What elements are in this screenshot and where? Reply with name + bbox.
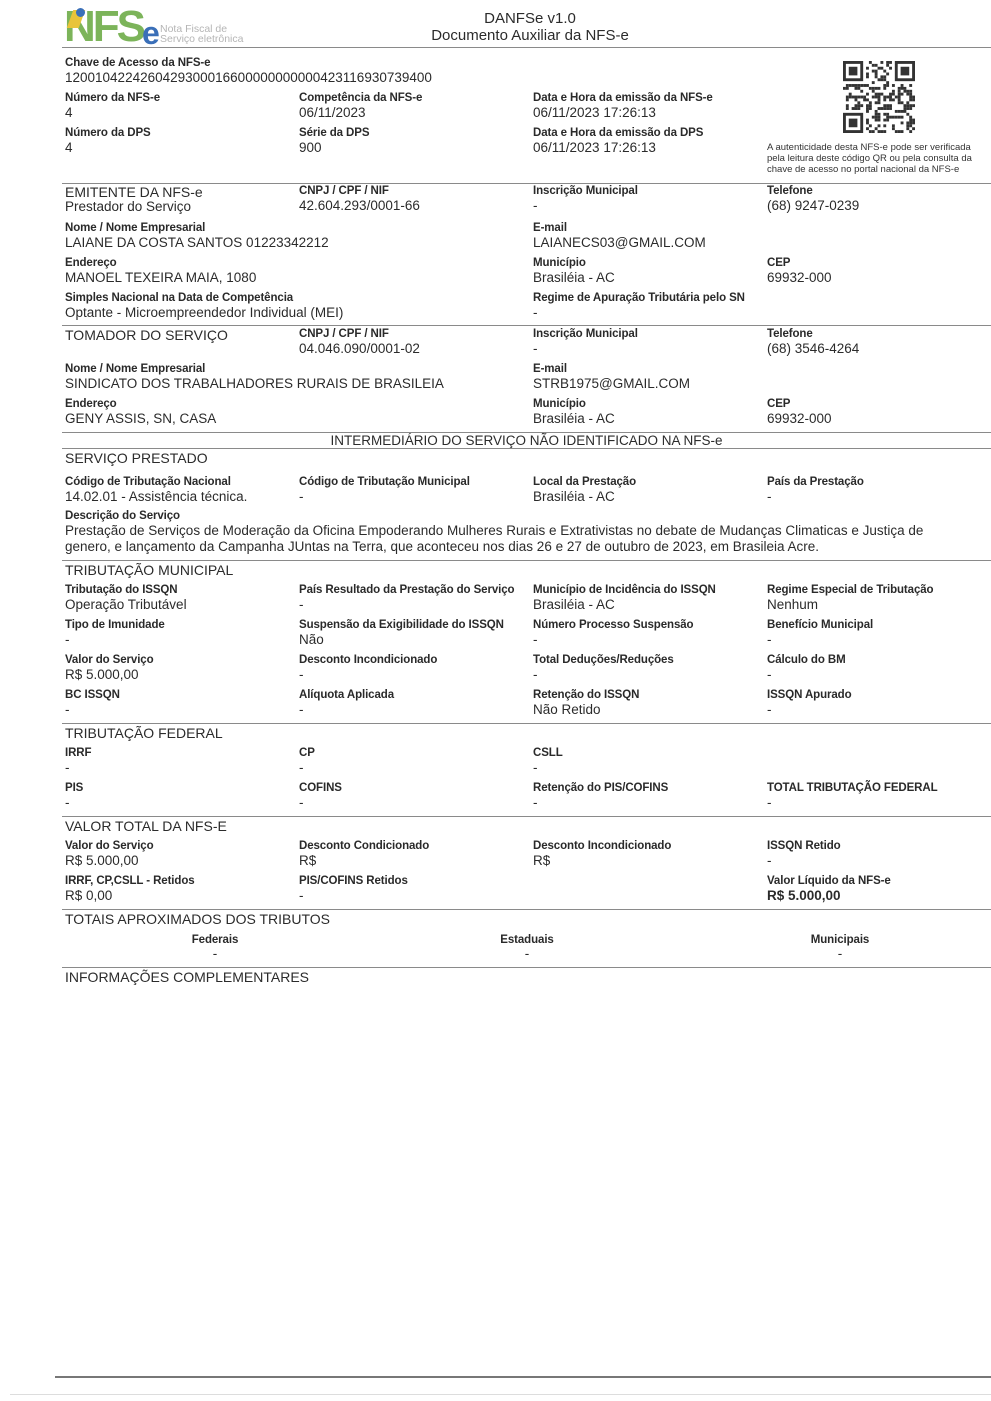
trib-federal-value: - bbox=[299, 761, 315, 775]
trib-municipal-label: Tipo de Imunidade bbox=[65, 618, 165, 632]
trib-municipal-field: Município de Incidência do ISSQNBrasiléi… bbox=[533, 583, 716, 612]
federais-value: - bbox=[213, 946, 218, 961]
trib-municipal-value: R$ 5.000,00 bbox=[65, 668, 154, 682]
tomador-endereco-label: Endereço bbox=[65, 397, 216, 411]
tomador-inscricao-value: - bbox=[533, 342, 638, 356]
emitente-municipio-label: Município bbox=[533, 256, 615, 270]
federais-label: Federais bbox=[140, 933, 290, 947]
trib-municipal-value: - bbox=[767, 668, 846, 682]
emitente-cnpj-value: 42.604.293/0001-66 bbox=[299, 199, 420, 213]
tomador-cnpj: CNPJ / CPF / NIF 04.046.090/0001-02 bbox=[299, 327, 420, 356]
valor-total-field: PIS/COFINS Retidos- bbox=[299, 874, 408, 903]
numero-dps: Número da DPS 4 bbox=[65, 126, 151, 155]
trib-municipal-label: ISSQN Apurado bbox=[767, 688, 852, 702]
servico-title: SERVIÇO PRESTADO bbox=[65, 450, 208, 466]
emitente-subtitle: Prestador do Serviço bbox=[65, 200, 203, 214]
valor-total-field: ISSQN Retido- bbox=[767, 839, 841, 868]
trib-municipal-label: País Resultado da Prestação do Serviço bbox=[299, 583, 514, 597]
trib-federal-value: - bbox=[299, 796, 342, 810]
tomador-cnpj-value: 04.046.090/0001-02 bbox=[299, 342, 420, 356]
trib-municipal-field: Alíquota Aplicada- bbox=[299, 688, 394, 717]
pais-prestacao-label: País da Prestação bbox=[767, 475, 864, 489]
totais-title: TOTAIS APROXIMADOS DOS TRIBUTOS bbox=[65, 911, 330, 927]
valor-total-value: R$ bbox=[299, 854, 429, 868]
tomador-telefone-label: Telefone bbox=[767, 327, 859, 341]
trib-municipal-label: Desconto Incondicionado bbox=[299, 653, 437, 667]
trib-federal-field: Retenção do PIS/COFINS- bbox=[533, 781, 668, 810]
document-version: DANFSe v1.0 bbox=[400, 10, 660, 27]
trib-municipal-label: Valor do Serviço bbox=[65, 653, 154, 667]
trib-federal-field: COFINS- bbox=[299, 781, 342, 810]
valor-total-label: Desconto Condicionado bbox=[299, 839, 429, 853]
serie-dps-label: Série da DPS bbox=[299, 126, 369, 140]
tomador-title: TOMADOR DO SERVIÇO bbox=[65, 327, 228, 343]
trib-municipal-label: Município de Incidência do ISSQN bbox=[533, 583, 716, 597]
emitente-email-value[interactable]: LAIANECS03@GMAIL.COM bbox=[533, 236, 706, 250]
cod-municipal-label: Código de Tributação Municipal bbox=[299, 475, 470, 489]
emitente-regime-label: Regime de Apuração Tributária pelo SN bbox=[533, 291, 745, 305]
estaduais-value: - bbox=[525, 946, 530, 961]
trib-municipal-field: Total Deduções/Reduções- bbox=[533, 653, 674, 682]
municipais-value: - bbox=[838, 946, 843, 961]
emissao-nfse-value: 06/11/2023 17:26:13 bbox=[533, 106, 713, 120]
emitente-cnpj: CNPJ / CPF / NIF 42.604.293/0001-66 bbox=[299, 184, 420, 213]
valor-total-value: R$ 5.000,00 bbox=[65, 854, 154, 868]
info-complementares-title: INFORMAÇÕES COMPLEMENTARES bbox=[65, 969, 309, 985]
trib-municipal-value: - bbox=[767, 703, 852, 717]
trib-federal-label: PIS bbox=[65, 781, 83, 795]
trib-municipal-label: Regime Especial de Tributação bbox=[767, 583, 933, 597]
trib-federal-value: - bbox=[65, 761, 91, 775]
trib-municipal-value: - bbox=[299, 703, 394, 717]
trib-municipal-value: Operação Tributável bbox=[65, 598, 187, 612]
trib-municipal-label: Retenção do ISSQN bbox=[533, 688, 639, 702]
trib-federal-label: CSLL bbox=[533, 746, 563, 760]
emitente-title: EMITENTE DA NFS-e bbox=[65, 185, 203, 199]
numero-nfse-label: Número da NFS-e bbox=[65, 91, 160, 105]
local-prestacao-value: Brasiléia - AC bbox=[533, 490, 636, 504]
trib-municipal-value: - bbox=[65, 703, 120, 717]
tomador-section: TOMADOR DO SERVIÇO bbox=[65, 328, 228, 343]
emissao-dps: Data e Hora da emissão da DPS 06/11/2023… bbox=[533, 126, 703, 155]
totais-municipais: Municipais - bbox=[765, 933, 915, 961]
trib-federal-label: COFINS bbox=[299, 781, 342, 795]
emitente-regime: Regime de Apuração Tributária pelo SN - bbox=[533, 291, 745, 320]
valor-total-field: Desconto IncondicionadoR$ bbox=[533, 839, 671, 868]
trib-federal-field: CSLL- bbox=[533, 746, 563, 775]
emitente-section: EMITENTE DA NFS-e Prestador do Serviço bbox=[65, 185, 203, 214]
trib-municipal-field: Tributação do ISSQNOperação Tributável bbox=[65, 583, 187, 612]
local-prestacao-label: Local da Prestação bbox=[533, 475, 636, 489]
emitente-simples-label: Simples Nacional na Data de Competência bbox=[65, 291, 343, 305]
valor-total-label: Desconto Incondicionado bbox=[533, 839, 671, 853]
servico-local: Local da Prestação Brasiléia - AC bbox=[533, 475, 636, 504]
tomador-email: E-mail STRB1975@GMAIL.COM bbox=[533, 362, 690, 391]
tomador-email-value[interactable]: STRB1975@GMAIL.COM bbox=[533, 377, 690, 391]
emitente-endereco-label: Endereço bbox=[65, 256, 256, 270]
page-edge-line bbox=[10, 1394, 991, 1395]
chave-acesso-label: Chave de Acesso da NFS-e bbox=[65, 56, 432, 70]
valor-total-value: R$ bbox=[533, 854, 671, 868]
tomador-municipio-label: Município bbox=[533, 397, 615, 411]
trib-municipal-value: Não Retido bbox=[533, 703, 639, 717]
trib-municipal-field: Tipo de Imunidade- bbox=[65, 618, 165, 647]
trib-municipal-field: Desconto Incondicionado- bbox=[299, 653, 437, 682]
chave-acesso: Chave de Acesso da NFS-e 120010422426042… bbox=[65, 56, 432, 85]
cod-nacional-value: 14.02.01 - Assistência técnica. bbox=[65, 490, 247, 504]
emitente-nome: Nome / Nome Empresarial LAIANE DA COSTA … bbox=[65, 221, 329, 250]
trib-municipal-label: Benefício Municipal bbox=[767, 618, 873, 632]
valor-total-label: IRRF, CP,CSLL - Retidos bbox=[65, 874, 195, 888]
trib-federal-value: - bbox=[533, 761, 563, 775]
tomador-divider bbox=[62, 325, 991, 326]
trib-municipal-value: - bbox=[299, 598, 514, 612]
trib-federal-field: PIS- bbox=[65, 781, 83, 810]
trib-federal-field: CP- bbox=[299, 746, 315, 775]
trib-municipal-field: Regime Especial de TributaçãoNenhum bbox=[767, 583, 933, 612]
servico-cod-nacional: Código de Tributação Nacional 14.02.01 -… bbox=[65, 475, 247, 504]
tomador-inscricao-label: Inscrição Municipal bbox=[533, 327, 638, 341]
tomador-endereco-value: GENY ASSIS, SN, CASA bbox=[65, 412, 216, 426]
totais-divider bbox=[62, 909, 991, 910]
trib-municipal-field: Cálculo do BM- bbox=[767, 653, 846, 682]
tomador-nome-value: SINDICATO DOS TRABALHADORES RURAIS DE BR… bbox=[65, 377, 444, 391]
valor-total-label: PIS/COFINS Retidos bbox=[299, 874, 408, 888]
trib-federal-label: Retenção do PIS/COFINS bbox=[533, 781, 668, 795]
trib-federal-value: - bbox=[65, 796, 83, 810]
logo-e: e bbox=[142, 18, 160, 48]
emitente-simples: Simples Nacional na Data de Competência … bbox=[65, 291, 343, 320]
competencia-value: 06/11/2023 bbox=[299, 106, 422, 120]
descricao-value: Prestação de Serviços de Moderação da Of… bbox=[65, 523, 970, 555]
trib-federal-title: TRIBUTAÇÃO FEDERAL bbox=[65, 725, 223, 741]
emitente-regime-value: - bbox=[533, 306, 745, 320]
emitente-cep: CEP 69932-000 bbox=[767, 256, 832, 285]
tomador-municipio-value: Brasiléia - AC bbox=[533, 412, 615, 426]
trib-municipal-label: Alíquota Aplicada bbox=[299, 688, 394, 702]
trib-federal-label: CP bbox=[299, 746, 315, 760]
trib-municipal-divider bbox=[62, 560, 991, 561]
trib-municipal-label: Suspensão da Exigibilidade do ISSQN bbox=[299, 618, 504, 632]
estaduais-label: Estaduais bbox=[452, 933, 602, 947]
trib-municipal-label: Número Processo Suspensão bbox=[533, 618, 693, 632]
logo-subtitle-line2: Serviço eletrônica bbox=[160, 34, 243, 44]
emissao-nfse-label: Data e Hora da emissão da NFS-e bbox=[533, 91, 713, 105]
info-divider bbox=[62, 967, 991, 968]
competencia: Competência da NFS-e 06/11/2023 bbox=[299, 91, 422, 120]
valor-total-field: IRRF, CP,CSLL - RetidosR$ 0,00 bbox=[65, 874, 195, 903]
numero-nfse: Número da NFS-e 4 bbox=[65, 91, 160, 120]
emitente-endereco-value: MANOEL TEXEIRA MAIA, 1080 bbox=[65, 271, 256, 285]
municipais-label: Municipais bbox=[765, 933, 915, 947]
tomador-cnpj-label: CNPJ / CPF / NIF bbox=[299, 327, 420, 341]
trib-municipal-value: - bbox=[65, 633, 165, 647]
trib-municipal-value: Brasiléia - AC bbox=[533, 598, 716, 612]
valor-total-field: Desconto CondicionadoR$ bbox=[299, 839, 429, 868]
valor-total-label: Valor Líquido da NFS-e bbox=[767, 874, 891, 888]
qr-authenticity-note: A autenticidade desta NFS-e pode ser ver… bbox=[767, 142, 987, 175]
emitente-telefone-value: (68) 9247-0239 bbox=[767, 199, 859, 213]
emitente-inscricao-label: Inscrição Municipal bbox=[533, 184, 638, 198]
trib-municipal-label: BC ISSQN bbox=[65, 688, 120, 702]
header-divider bbox=[62, 47, 991, 48]
totais-federais: Federais - bbox=[140, 933, 290, 961]
serie-dps: Série da DPS 900 bbox=[299, 126, 369, 155]
tomador-nome: Nome / Nome Empresarial SINDICATO DOS TR… bbox=[65, 362, 444, 391]
servico-pais: País da Prestação - bbox=[767, 475, 864, 504]
valor-total-value: R$ 5.000,00 bbox=[767, 889, 891, 903]
competencia-label: Competência da NFS-e bbox=[299, 91, 422, 105]
valor-total-field: Valor Líquido da NFS-eR$ 5.000,00 bbox=[767, 874, 891, 903]
numero-nfse-value: 4 bbox=[65, 106, 160, 120]
trib-municipal-field: Valor do ServiçoR$ 5.000,00 bbox=[65, 653, 154, 682]
tomador-email-label: E-mail bbox=[533, 362, 690, 376]
numero-dps-label: Número da DPS bbox=[65, 126, 151, 140]
trib-municipal-label: Cálculo do BM bbox=[767, 653, 846, 667]
trib-municipal-field: Benefício Municipal- bbox=[767, 618, 873, 647]
tomador-municipio: Município Brasiléia - AC bbox=[533, 397, 615, 426]
valor-total-value: - bbox=[299, 889, 408, 903]
nfse-logo: NFS e Nota Fiscal de Serviço eletrônica bbox=[64, 6, 264, 48]
emitente-inscricao: Inscrição Municipal - bbox=[533, 184, 638, 213]
descricao-label: Descrição do Serviço bbox=[65, 510, 180, 522]
trib-municipal-value: - bbox=[299, 668, 437, 682]
trib-federal-label: IRRF bbox=[65, 746, 91, 760]
tomador-inscricao: Inscrição Municipal - bbox=[533, 327, 638, 356]
serie-dps-value: 900 bbox=[299, 141, 369, 155]
intermediario-divider-bottom bbox=[62, 448, 991, 449]
trib-municipal-field: País Resultado da Prestação do Serviço- bbox=[299, 583, 514, 612]
emitente-telefone-label: Telefone bbox=[767, 184, 859, 198]
chave-acesso-value[interactable]: 1200104224260429300016600000000000423116… bbox=[65, 71, 432, 85]
trib-municipal-label: Total Deduções/Reduções bbox=[533, 653, 674, 667]
trib-municipal-value: - bbox=[533, 668, 674, 682]
trib-municipal-field: Suspensão da Exigibilidade do ISSQNNão bbox=[299, 618, 504, 647]
tomador-nome-label: Nome / Nome Empresarial bbox=[65, 362, 444, 376]
tomador-cep: CEP 69932-000 bbox=[767, 397, 832, 426]
trib-municipal-value: - bbox=[767, 633, 873, 647]
emitente-email-label: E-mail bbox=[533, 221, 706, 235]
valor-total-value: R$ 0,00 bbox=[65, 889, 195, 903]
trib-municipal-field: Número Processo Suspensão- bbox=[533, 618, 693, 647]
emissao-nfse: Data e Hora da emissão da NFS-e 06/11/20… bbox=[533, 91, 713, 120]
emitente-cep-label: CEP bbox=[767, 256, 832, 270]
trib-municipal-field: BC ISSQN- bbox=[65, 688, 120, 717]
trib-municipal-value: Não bbox=[299, 633, 504, 647]
logo-dot-accent bbox=[76, 8, 85, 17]
trib-municipal-field: Retenção do ISSQNNão Retido bbox=[533, 688, 639, 717]
valor-total-label: Valor do Serviço bbox=[65, 839, 154, 853]
cod-nacional-label: Código de Tributação Nacional bbox=[65, 475, 247, 489]
emitente-endereco: Endereço MANOEL TEXEIRA MAIA, 1080 bbox=[65, 256, 256, 285]
emitente-nome-value: LAIANE DA COSTA SANTOS 01223342212 bbox=[65, 236, 329, 250]
tomador-telefone: Telefone (68) 3546-4264 bbox=[767, 327, 859, 356]
emitente-telefone: Telefone (68) 9247-0239 bbox=[767, 184, 859, 213]
emitente-municipio: Município Brasiléia - AC bbox=[533, 256, 615, 285]
tomador-cep-label: CEP bbox=[767, 397, 832, 411]
document-title: Documento Auxiliar da NFS-e bbox=[400, 27, 660, 44]
trib-municipal-value: - bbox=[533, 633, 693, 647]
valor-total-value: - bbox=[767, 854, 841, 868]
tomador-endereco: Endereço GENY ASSIS, SN, CASA bbox=[65, 397, 216, 426]
trib-municipal-field: ISSQN Apurado- bbox=[767, 688, 852, 717]
trib-municipal-value: Nenhum bbox=[767, 598, 933, 612]
qr-code-icon[interactable] bbox=[843, 61, 915, 133]
tomador-telefone-value: (68) 3546-4264 bbox=[767, 342, 859, 356]
valor-total-title: VALOR TOTAL DA NFS-E bbox=[65, 818, 227, 834]
footer-divider bbox=[55, 1376, 991, 1378]
pais-prestacao-value: - bbox=[767, 490, 864, 504]
emitente-nome-label: Nome / Nome Empresarial bbox=[65, 221, 329, 235]
emitente-inscricao-value: - bbox=[533, 199, 638, 213]
numero-dps-value: 4 bbox=[65, 141, 151, 155]
trib-federal-divider bbox=[62, 723, 991, 724]
emitente-cep-value: 69932-000 bbox=[767, 271, 832, 285]
totais-estaduais: Estaduais - bbox=[452, 933, 602, 961]
valor-total-field: Valor do ServiçoR$ 5.000,00 bbox=[65, 839, 154, 868]
trib-federal-value: - bbox=[533, 796, 668, 810]
logo-subtitle: Nota Fiscal de Serviço eletrônica bbox=[160, 24, 243, 44]
trib-federal-label: TOTAL TRIBUTAÇÃO FEDERAL bbox=[767, 781, 938, 795]
tomador-cep-value: 69932-000 bbox=[767, 412, 832, 426]
emitente-municipio-value: Brasiléia - AC bbox=[533, 271, 615, 285]
trib-federal-field: TOTAL TRIBUTAÇÃO FEDERAL- bbox=[767, 781, 938, 810]
trib-municipal-label: Tributação do ISSQN bbox=[65, 583, 187, 597]
valor-total-label: ISSQN Retido bbox=[767, 839, 841, 853]
intermediario-note: INTERMEDIÁRIO DO SERVIÇO NÃO IDENTIFICAD… bbox=[62, 433, 991, 448]
emissao-dps-value: 06/11/2023 17:26:13 bbox=[533, 141, 703, 155]
servico-cod-municipal: Código de Tributação Municipal - bbox=[299, 475, 470, 504]
emitente-cnpj-label: CNPJ / CPF / NIF bbox=[299, 184, 420, 198]
valor-total-divider bbox=[62, 816, 991, 817]
trib-federal-value: - bbox=[767, 796, 938, 810]
trib-federal-field: IRRF- bbox=[65, 746, 91, 775]
trib-municipal-title: TRIBUTAÇÃO MUNICIPAL bbox=[65, 562, 233, 578]
cod-municipal-value: - bbox=[299, 490, 470, 504]
emitente-simples-value: Optante - Microempreendedor Individual (… bbox=[65, 306, 343, 320]
emissao-dps-label: Data e Hora da emissão da DPS bbox=[533, 126, 703, 140]
emitente-email: E-mail LAIANECS03@GMAIL.COM bbox=[533, 221, 706, 250]
